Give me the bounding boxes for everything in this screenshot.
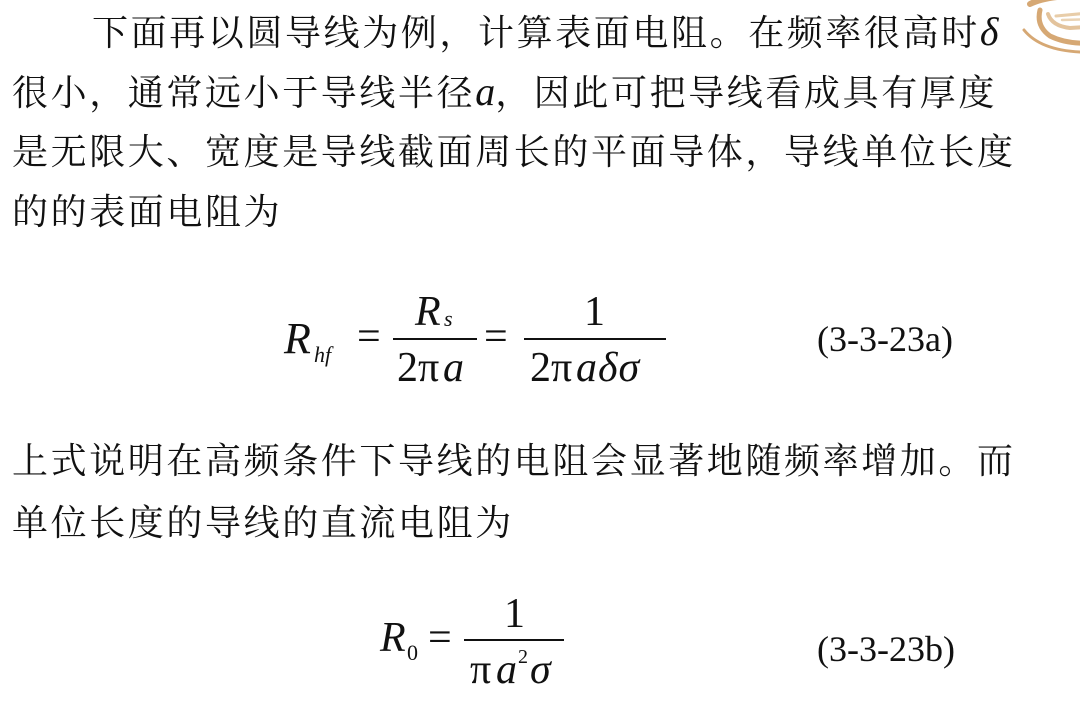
eq-b-lhs-subscript: 0 [407, 640, 418, 666]
eq-b-denominator-exponent: 2 [518, 646, 528, 669]
eq-b-fraction: 1 π a 2 σ [464, 588, 564, 698]
eq-b-denominator-a: a [496, 646, 517, 694]
eq-b-number: (3-3-23b) [817, 628, 955, 670]
eq-b-denominator-pi: π [470, 646, 491, 694]
eq-b-numerator: 1 [504, 590, 525, 638]
eq-b-fraction-bar [464, 639, 564, 641]
equation-3-3-23b: R 0 = 1 π a 2 σ (3-3-23b) [0, 0, 1080, 712]
eq-b-denominator-sigma: σ [530, 646, 551, 694]
eq-b-equals: = [428, 614, 452, 662]
eq-b-lhs: R [380, 614, 406, 662]
